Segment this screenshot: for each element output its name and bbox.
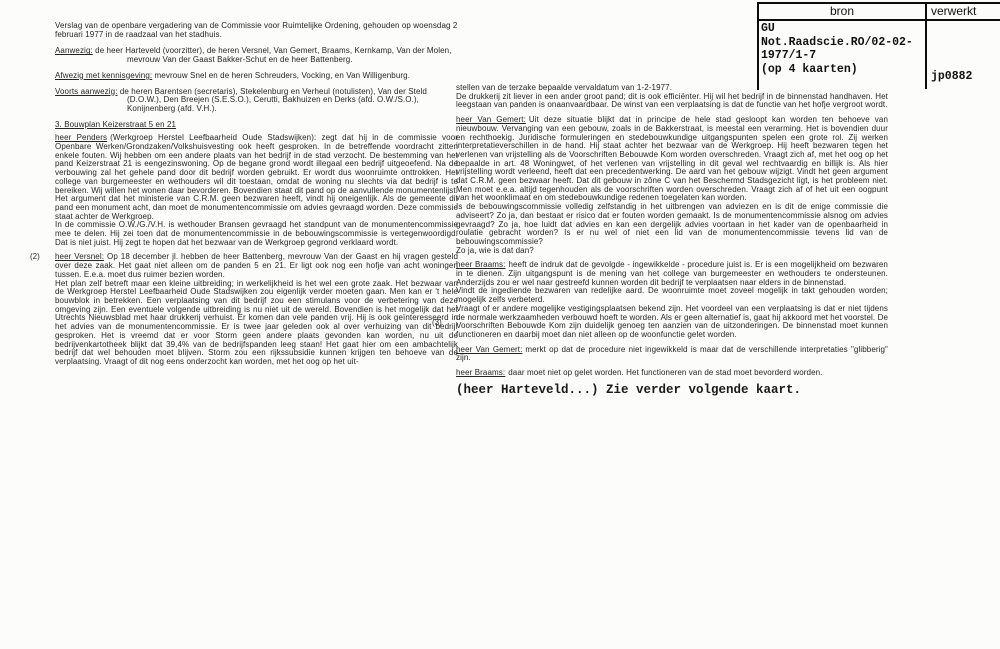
attendance-absent-text: mevrouw Snel en de heren Schreuders, Voc… [155,71,410,80]
speaker-penders: heer Penders [55,133,107,142]
speech-penders: heer Penders(Werkgroep Herstel Leefbaarh… [55,134,458,247]
stamp-processed-code: jp0882 [925,21,1000,89]
speech-penders-text: (Werkgroep Herstel Leefbaarheid Oude Sta… [55,133,460,246]
speech-versnel-continued-text: stellen van de terzake bepaalde vervalda… [456,83,890,109]
attendance-also-present: Voorts aanwezig: de heren Barentsen (sec… [55,88,458,114]
speaker-braams-2: heer Braams: [456,368,505,377]
attendance-present-text: de heer Harteveld (voorzitter), de heren… [95,46,454,64]
speaker-braams-1: heer Braams: [456,260,505,269]
attendance-present: Aanwezig: de heer Harteveld (voorzitter)… [55,47,458,64]
attendance-present-label: Aanwezig: [55,46,93,55]
left-column: Verslag van de openbare vergadering van … [55,14,458,373]
speech-braams-1-text: heeft de indruk dat de gevolgde - ingewi… [456,260,890,339]
speech-van-gemert-1-text: Uit deze situatie blijkt dat in principe… [456,115,890,255]
meeting-intro: Verslag van de openbare vergadering van … [55,22,458,39]
speaker-van-gemert-2: heer Van Gemert: [456,345,522,354]
continuation-note: (heer Harteveld...) Zie verder volgende … [456,386,888,395]
speech-braams-1: heer Braams:heeft de indruk dat de gevol… [456,261,888,339]
speech-versnel-continued: stellen van de terzake bepaalde vervalda… [456,84,888,110]
stamp-source-reference: GU Not.Raadscie.RO/02-02- 1977/1-7 (op 4… [759,21,925,89]
agenda-item-heading: 3. Bouwplan Keizerstraat 5 en 21 [55,121,458,130]
stamp-col-bron-label: bron [759,4,925,19]
archive-stamp-table: bron verwerkt GU Not.Raadscie.RO/02-02- … [757,2,1000,90]
speech-braams-2-text: daar moet niet op gelet worden. Het func… [508,368,822,377]
attendance-absent: Afwezig met kennisgeving: mevrouw Snel e… [55,72,458,81]
right-column: stellen van de terzake bepaalde vervalda… [456,84,888,407]
speech-van-gemert-1: heer Van Gemert:Uit deze situatie blijkt… [456,116,888,255]
speech-versnel: heer Versnel:Op 18 december jl. hebben d… [55,253,458,366]
attendance-also-present-label: Voorts aanwezig: [55,87,118,96]
attendance-absent-label: Afwezig met kennisgeving: [55,71,152,80]
stamp-header-row: bron verwerkt [759,4,1000,21]
speaker-van-gemert-1: heer Van Gemert: [456,115,526,124]
stamp-col-verwerkt-label: verwerkt [925,4,1000,19]
stamp-body-row: GU Not.Raadscie.RO/02-02- 1977/1-7 (op 4… [759,21,1000,89]
speech-braams-2: heer Braams:daar moet niet op gelet word… [456,369,888,378]
speech-versnel-text: Op 18 december jl. hebben de heer Batten… [55,252,460,365]
margin-note-2: (2) [30,252,40,261]
scanned-minutes-page: bron verwerkt GU Not.Raadscie.RO/02-02- … [0,0,1000,649]
attendance-also-present-text: de heren Barentsen (secretaris), Stekele… [120,87,429,113]
speaker-versnel: heer Versnel: [55,252,104,261]
speech-van-gemert-2: heer Van Gemert:merkt op dat de procedur… [456,346,888,363]
